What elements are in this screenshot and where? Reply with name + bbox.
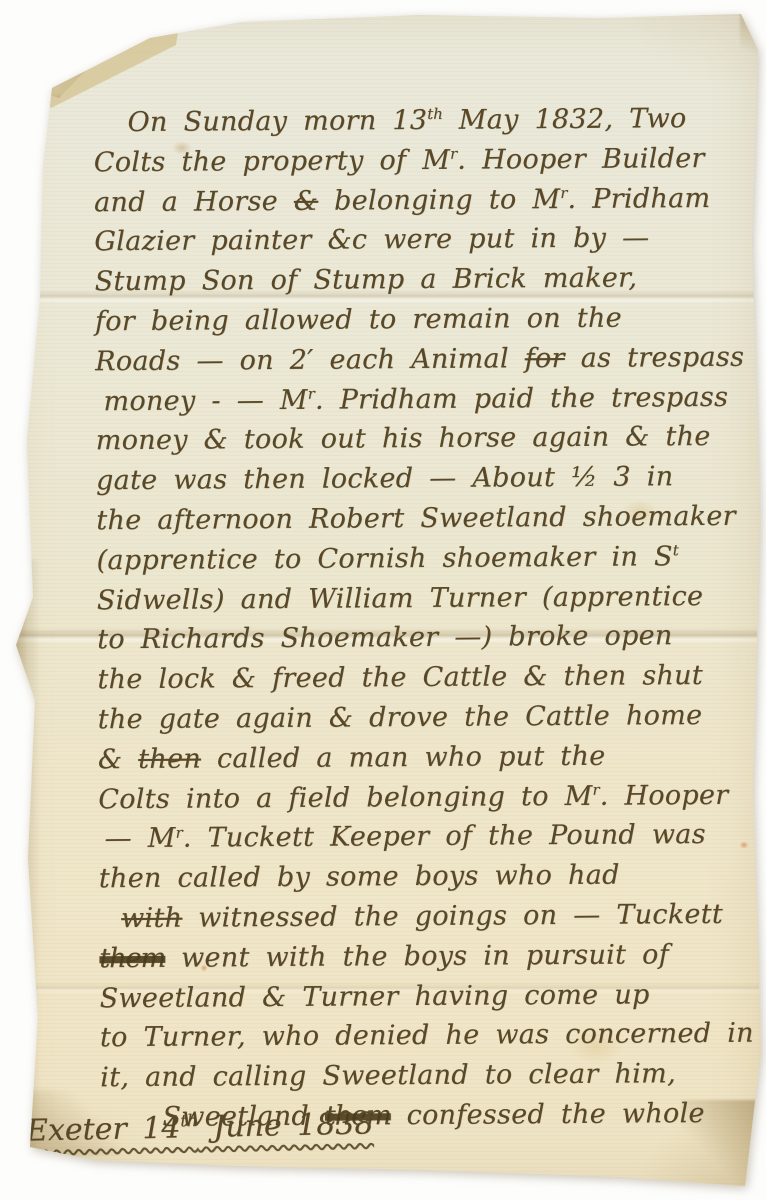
manuscript-line: to Turner, who denied he was concerned i… (100, 1014, 745, 1058)
manuscript-line: Sweetland & Turner having come up (100, 974, 745, 1018)
handwriting-text: the lock & freed the Cattle & then shut (97, 660, 703, 695)
handwriting-text: r (176, 823, 183, 841)
handwriting-text: the afternoon Robert Sweetland shoemaker (96, 501, 736, 536)
handwriting-text: On Sunday morn 13 (127, 105, 427, 138)
handwriting-text: . Hooper Builder (457, 143, 705, 176)
manuscript-line: gate was then locked — About ½ 3 in (96, 457, 741, 501)
worn-left-edge (14, 560, 40, 1160)
manuscript-line: Stump Son of Stump a Brick maker, (95, 258, 740, 302)
manuscript-line: the lock & freed the Cattle & then shut (97, 656, 742, 700)
handwriting-text: for being allowed to remain on the (95, 303, 622, 338)
handwriting-text: . Tuckett Keeper of the Pound was (183, 819, 706, 854)
handwriting-text: Stump Son of Stump a Brick maker, (95, 263, 638, 298)
handwriting-text: Colts the property of M (94, 145, 451, 178)
handwriting-text: as trespass (565, 342, 745, 374)
manuscript-lines: On Sunday morn 13th May 1832, TwoColts t… (93, 99, 745, 1138)
handwriting-text: Sidwells) and William Turner (apprentice (97, 581, 704, 616)
manuscript-line: then called by some boys who had (99, 855, 744, 899)
handwriting-text: Exeter 14 (26, 1110, 181, 1148)
handwriting-text: Glazier painter &c were put in by — (94, 223, 649, 258)
handwriting-text: May 1832, Two (443, 103, 687, 136)
handwriting-text: it, and calling Sweetland to clear him, (100, 1058, 676, 1093)
handwriting-text: money & took out his horse again & the (96, 421, 711, 456)
dateline: Exeter 14th June 1838 (26, 1106, 374, 1148)
struck-word: then (138, 743, 201, 774)
handwriting-text: Roads — on 2′ each Animal (95, 343, 525, 377)
manuscript-line: for being allowed to remain on the (95, 298, 740, 342)
manuscript-line: and a Horse & belonging to Mr. Pridham (94, 178, 739, 222)
handwriting-text: Colts into a field belonging to M (98, 780, 593, 814)
handwriting-text: . Pridham (567, 183, 710, 215)
handwriting-text: r (560, 184, 567, 202)
scan-background: On Sunday morn 13th May 1832, TwoColts t… (0, 0, 766, 1200)
handwriting-text: (apprentice to Cornish shoemaker in S (96, 541, 672, 576)
manuscript-paper: On Sunday morn 13th May 1832, TwoColts t… (0, 0, 766, 1200)
manuscript-line: money - — Mr. Pridham paid the trespass (95, 377, 740, 421)
worn-top-right-edge (740, 8, 766, 72)
dogear-crease-band (36, 30, 178, 110)
manuscript-line: Roads — on 2′ each Animal for as trespas… (95, 338, 740, 382)
dateline-text: Exeter 14th June 1838 (26, 1106, 374, 1148)
handwriting-text: & (98, 744, 138, 775)
handwriting-text: . Pridham paid the trespass (315, 381, 729, 415)
handwriting-text: June 1838 (197, 1106, 374, 1145)
handwriting-text: gate was then locked — About ½ 3 in (96, 461, 674, 496)
handwriting-text: t (673, 541, 679, 559)
handwriting-text: th (427, 105, 443, 123)
manuscript-line: with witnessed the goings on — Tuckett (99, 895, 744, 939)
handwriting-text: to Richards Shoemaker —) broke open (97, 621, 673, 656)
manuscript-line: to Richards Shoemaker —) broke open (97, 616, 742, 660)
handwriting-text: the gate again & drove the Cattle home (98, 700, 703, 735)
struck-word: them (99, 943, 165, 974)
handwriting-text: confessed the whole (391, 1098, 705, 1131)
handwriting-text: r (450, 145, 457, 163)
handwriting-text: th (180, 1111, 198, 1130)
handwriting-text: and a Horse (94, 185, 294, 217)
manuscript-line: money & took out his horse again & the (96, 417, 741, 461)
handwriting-text: — M (104, 823, 175, 854)
struck-word: & (294, 185, 319, 216)
manuscript-line: & then called a man who put the (98, 735, 743, 779)
manuscript-line: the afternoon Robert Sweetland shoemaker (96, 497, 741, 541)
struck-word: for (525, 343, 565, 374)
manuscript-line: Glazier painter &c were put in by — (94, 218, 739, 262)
handwriting-text: witnessed the goings on — Tuckett (182, 899, 723, 934)
handwriting-text: money - — M (103, 384, 308, 416)
manuscript-line: Colts the property of Mr. Hooper Builder (94, 139, 739, 183)
paper-shadow: On Sunday morn 13th May 1832, TwoColts t… (0, 0, 766, 1200)
handwriting-text: r (592, 781, 599, 799)
manuscript-line: Colts into a field belonging to Mr. Hoop… (98, 775, 743, 819)
handwriting-text: Sweetland & Turner having come up (100, 979, 650, 1014)
manuscript-line: them went with the boys in pursuit of (99, 934, 744, 978)
manuscript-line: Sidwells) and William Turner (apprentice (97, 576, 742, 620)
manuscript-line: — Mr. Tuckett Keeper of the Pound was (98, 815, 743, 859)
manuscript-line: (apprentice to Cornish shoemaker in St (96, 537, 741, 581)
handwriting-text: belonging to M (318, 184, 560, 217)
manuscript-line: the gate again & drove the Cattle home (98, 696, 743, 740)
manuscript-line: On Sunday morn 13th May 1832, Two (93, 99, 738, 143)
manuscript-line: it, and calling Sweetland to clear him, (100, 1054, 745, 1098)
handwriting-text: r (308, 385, 315, 403)
handwriting-text: went with the boys in pursuit of (165, 939, 669, 974)
handwriting-text: called a man who put the (201, 740, 606, 774)
handwriting-text: to Turner, who denied he was concerned i… (100, 1018, 754, 1054)
struck-word: with (121, 903, 182, 934)
handwriting-text: then called by some boys who had (99, 860, 620, 895)
handwriting-text: . Hooper (600, 779, 729, 811)
